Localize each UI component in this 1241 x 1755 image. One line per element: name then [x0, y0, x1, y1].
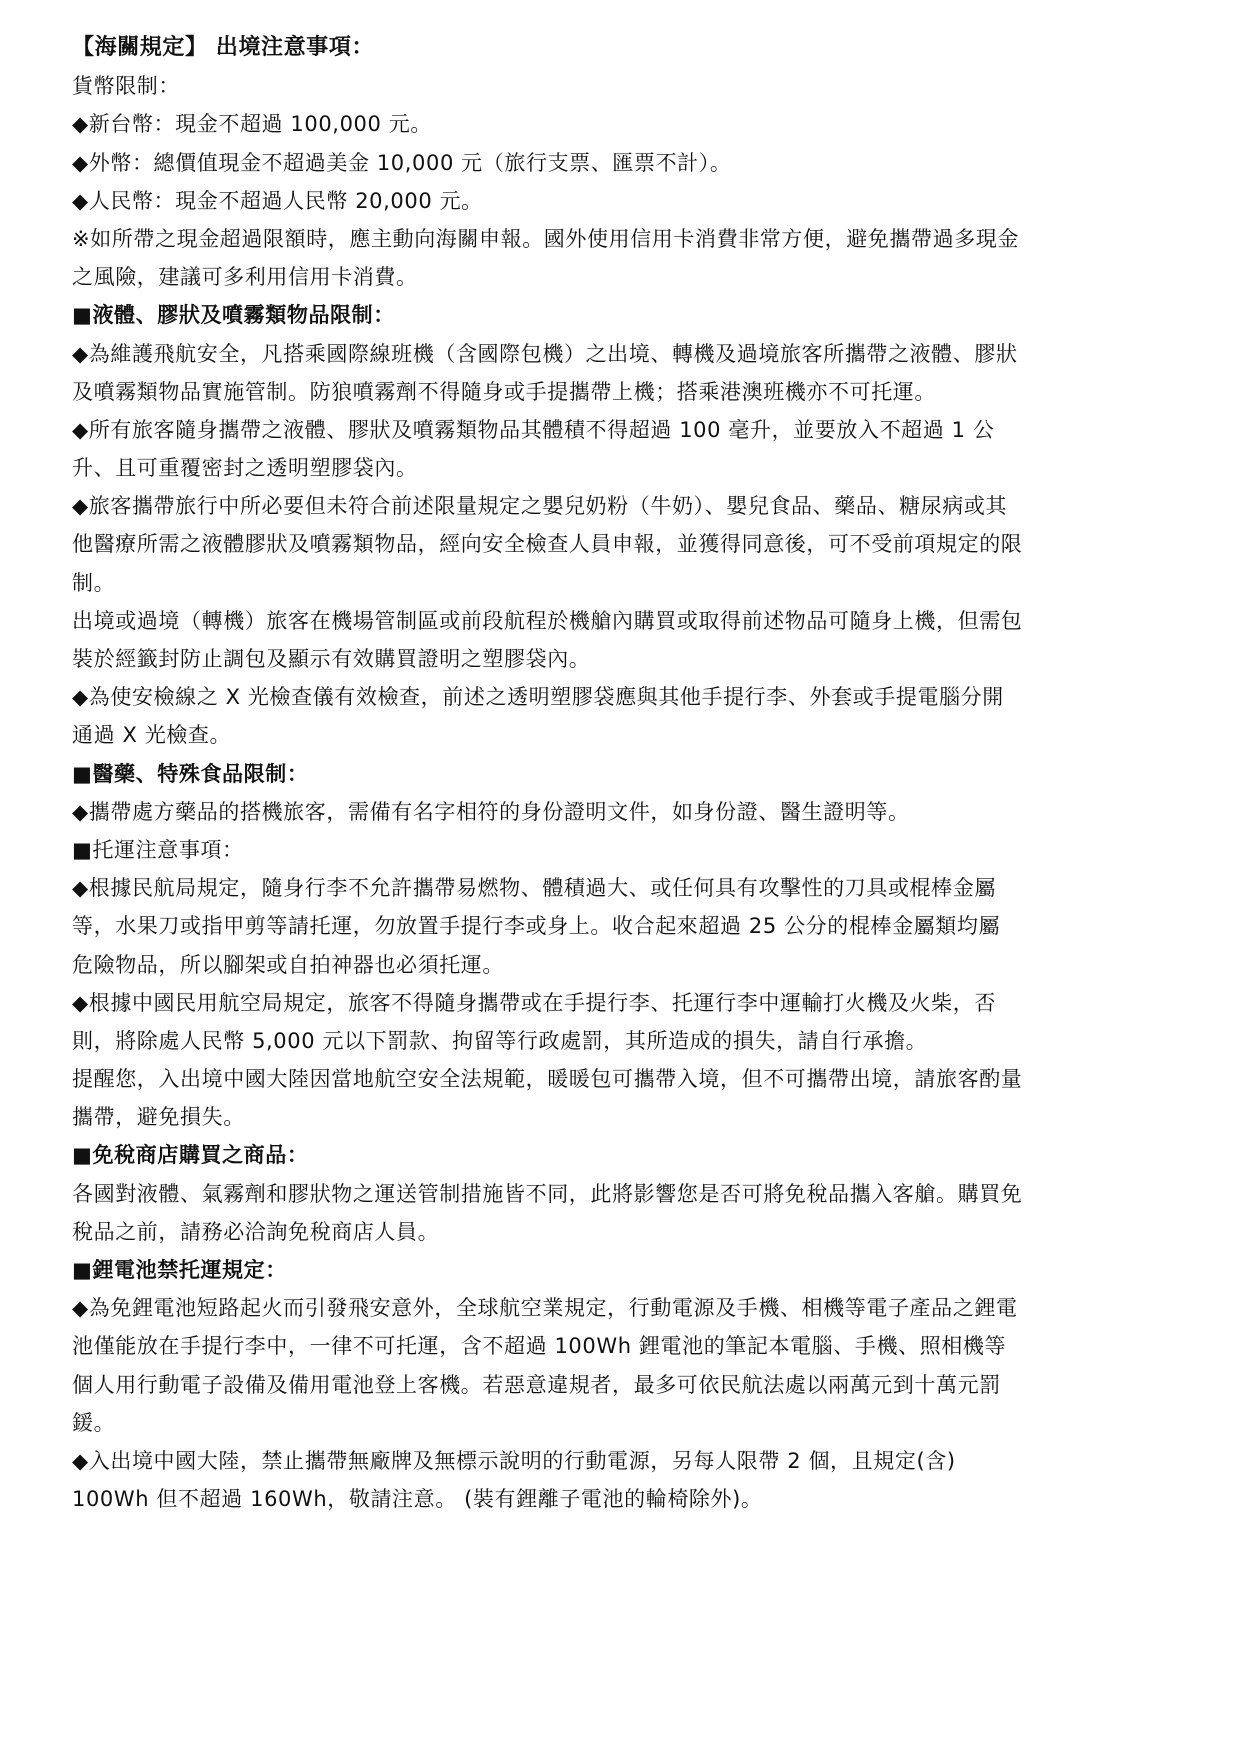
paragraph-line: 之風險，建議可多利用信用卡消費。 [72, 258, 1172, 296]
paragraph-line: ■托運注意事項： [72, 831, 1172, 869]
paragraph-line: 提醒您，入出境中國大陸因當地航空安全法規範，暖暖包可攜帶入境，但不可攜帶出境，請… [72, 1060, 1172, 1098]
paragraph-line: 出境或過境（轉機）旅客在機場管制區或前段航程於機艙內購買或取得前述物品可隨身上機… [72, 602, 1172, 640]
paragraph-line: ◆為維護飛航安全，凡搭乘國際線班機（含國際包機）之出境、轉機及過境旅客所攜帶之液… [72, 335, 1172, 373]
paragraph-line: 等，水果刀或指甲剪等請托運，勿放置手提行李或身上。收合起來超過 25 公分的棍棒… [72, 907, 1172, 945]
paragraph-line: 危險物品，所以腳架或自拍神器也必須托運。 [72, 946, 1172, 984]
section-heading: ■液體、膠狀及噴霧類物品限制： [72, 296, 1172, 334]
paragraph-line: ◆旅客攜帶旅行中所必要但未符合前述限量規定之嬰兒奶粉（牛奶）、嬰兒食品、藥品、糖… [72, 487, 1172, 525]
paragraph-line: ◆攜帶處方藥品的搭機旅客，需備有名字相符的身份證明文件，如身份證、醫生證明等。 [72, 793, 1172, 831]
paragraph-line: 攜帶，避免損失。 [72, 1098, 1172, 1136]
paragraph-line: 通過 X 光檢查。 [72, 716, 1172, 754]
paragraph-line: ◆新台幣：現金不超過 100,000 元。 [72, 105, 1172, 143]
paragraph-line: ※如所帶之現金超過限額時，應主動向海關申報。國外使用信用卡消費非常方便，避免攜帶… [72, 220, 1172, 258]
section-heading: ■免稅商店購買之商品： [72, 1136, 1172, 1174]
paragraph-line: 升、且可重覆密封之透明塑膠袋內。 [72, 449, 1172, 487]
paragraph-line: ◆所有旅客隨身攜帶之液體、膠狀及噴霧類物品其體積不得超過 100 毫升，並要放入… [72, 411, 1172, 449]
paragraph-line: ◆為使安檢線之 X 光檢查儀有效檢查，前述之透明塑膠袋應與其他手提行李、外套或手… [72, 678, 1172, 716]
paragraph-line: ◆人民幣：現金不超過人民幣 20,000 元。 [72, 182, 1172, 220]
paragraph-line: 及噴霧類物品實施管制。防狼噴霧劑不得隨身或手提攜帶上機；搭乘港澳班機亦不可托運。 [72, 373, 1172, 411]
paragraph-line: 各國對液體、氣霧劑和膠狀物之運送管制措施皆不同，此將影響您是否可將免稅品攜入客艙… [72, 1175, 1172, 1213]
paragraph-line: 個人用行動電子設備及備用電池登上客機。若惡意違規者，最多可依民航法處以兩萬元到十… [72, 1366, 1172, 1404]
paragraph-line: ◆根據中國民用航空局規定，旅客不得隨身攜帶或在手提行李、托運行李中運輸打火機及火… [72, 984, 1172, 1022]
paragraph-line: 池僅能放在手提行李中，一律不可托運，含不超過 100Wh 鋰電池的筆記本電腦、手… [72, 1327, 1172, 1365]
paragraph-line: ◆為免鋰電池短路起火而引發飛安意外，全球航空業規定，行動電源及手機、相機等電子產… [72, 1289, 1172, 1327]
paragraph-line: ◆根據民航局規定，隨身行李不允許攜帶易燃物、體積過大、或任何具有攻擊性的刀具或棍… [72, 869, 1172, 907]
paragraph-line: 稅品之前，請務必洽詢免稅商店人員。 [72, 1213, 1172, 1251]
document-page: 【海關規定】 出境注意事項： 貨幣限制：◆新台幣：現金不超過 100,000 元… [0, 0, 1172, 1518]
section-heading: ■醫藥、特殊食品限制： [72, 755, 1172, 793]
paragraph-line: 100Wh 但不超過 160Wh，敬請注意。 (裝有鋰離子電池的輪椅除外)。 [72, 1480, 1172, 1518]
paragraph-line: 他醫療所需之液體膠狀及噴霧類物品，經向安全檢查人員申報，並獲得同意後，可不受前項… [72, 525, 1172, 563]
paragraph-line: ◆入出境中國大陸，禁止攜帶無廠牌及無標示說明的行動電源，另每人限帶 2 個，且規… [72, 1442, 1172, 1480]
paragraph-line: 則，將除處人民幣 5,000 元以下罰款、拘留等行政處罰，其所造成的損失，請自行… [72, 1022, 1172, 1060]
paragraph-line: ◆外幣：總價值現金不超過美金 10,000 元（旅行支票、匯票不計）。 [72, 144, 1172, 182]
paragraph-line: 貨幣限制： [72, 67, 1172, 105]
paragraph-line: 制。 [72, 564, 1172, 602]
document-title: 【海關規定】 出境注意事項： [72, 29, 1172, 67]
section-heading: ■鋰電池禁托運規定： [72, 1251, 1172, 1289]
paragraph-line: 鍰。 [72, 1404, 1172, 1442]
paragraph-line: 裝於經籤封防止調包及顯示有效購買證明之塑膠袋內。 [72, 640, 1172, 678]
document-body: 貨幣限制：◆新台幣：現金不超過 100,000 元。◆外幣：總價值現金不超過美金… [72, 67, 1172, 1518]
